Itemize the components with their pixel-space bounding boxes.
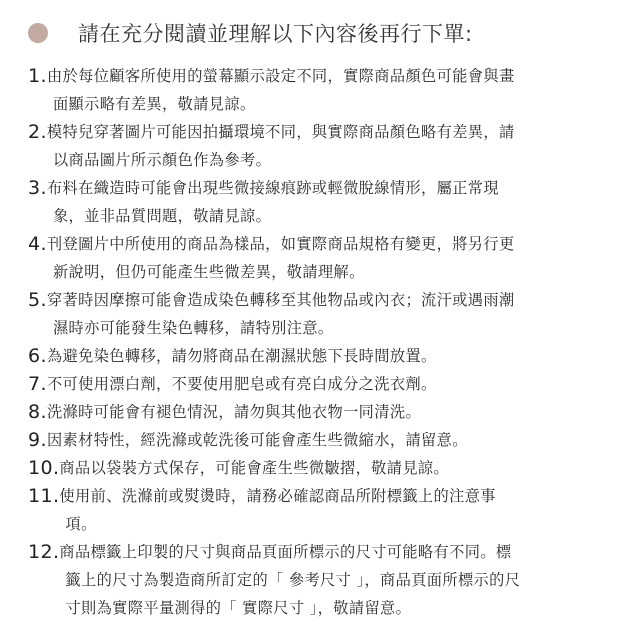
item-text-line: 穿著時因摩擦可能會造成染色轉移至其他物品或內衣；流汗或遇雨潮	[47, 286, 618, 314]
item-number: 12.	[28, 538, 59, 622]
notice-item: 9.因素材特性，經洗滌或乾洗後可能會產生些微縮水，請留意。	[28, 426, 618, 454]
item-text-line: 使用前、洗滌前或熨燙時，請務必確認商品所附標籤上的注意事	[59, 482, 618, 510]
item-text: 因素材特性，經洗滌或乾洗後可能會產生些微縮水，請留意。	[47, 426, 618, 454]
item-text: 商品標籤上印製的尺寸與商品頁面所標示的尺寸可能略有不同。標籤上的尺寸為製造商所訂…	[59, 538, 618, 622]
item-number: 1.	[28, 62, 47, 118]
item-text-line: 布料在織造時可能會出現些微接線痕跡或輕微脫線情形，屬正常現	[47, 174, 618, 202]
notice-item: 6.為避免染色轉移，請勿將商品在潮濕狀態下長時間放置。	[28, 342, 618, 370]
item-text-line: 項。	[59, 510, 618, 538]
item-text: 由於每位顧客所使用的螢幕顯示設定不同，實際商品顏色可能會與畫面顯示略有差異，敬請…	[47, 62, 618, 118]
item-number: 5.	[28, 286, 47, 342]
item-text-line: 商品以袋裝方式保存，可能會產生些微皺摺，敬請見諒。	[59, 454, 618, 482]
item-text-line: 面顯示略有差異，敬請見諒。	[47, 90, 618, 118]
item-number: 9.	[28, 426, 47, 454]
item-number: 4.	[28, 230, 47, 286]
item-text-line: 寸則為實際平量測得的「 實際尺寸 」，敬請留意。	[59, 594, 618, 622]
item-text-line: 洗滌時可能會有褪色情況，請勿與其他衣物一同清洗。	[47, 398, 618, 426]
item-number: 3.	[28, 174, 47, 230]
item-text-line: 象，並非品質問題，敬請見諒。	[47, 202, 618, 230]
notice-item: 3.布料在織造時可能會出現些微接線痕跡或輕微脫線情形，屬正常現象，並非品質問題，…	[28, 174, 618, 230]
notice-item: 7.不可使用漂白劑，不要使用肥皂或有亮白成分之洗衣劑。	[28, 370, 618, 398]
item-text: 洗滌時可能會有褪色情況，請勿與其他衣物一同清洗。	[47, 398, 618, 426]
notice-item: 12.商品標籤上印製的尺寸與商品頁面所標示的尺寸可能略有不同。標籤上的尺寸為製造…	[28, 538, 618, 622]
notice-item: 11.使用前、洗滌前或熨燙時，請務必確認商品所附標籤上的注意事項。	[28, 482, 618, 538]
item-text: 商品以袋裝方式保存，可能會產生些微皺摺，敬請見諒。	[59, 454, 618, 482]
item-text: 使用前、洗滌前或熨燙時，請務必確認商品所附標籤上的注意事項。	[59, 482, 618, 538]
item-text: 為避免染色轉移，請勿將商品在潮濕狀態下長時間放置。	[47, 342, 618, 370]
notice-item: 1.由於每位顧客所使用的螢幕顯示設定不同，實際商品顏色可能會與畫面顯示略有差異，…	[28, 62, 618, 118]
item-number: 11.	[28, 482, 59, 538]
item-text-line: 為避免染色轉移，請勿將商品在潮濕狀態下長時間放置。	[47, 342, 618, 370]
notice-list: 1.由於每位顧客所使用的螢幕顯示設定不同，實際商品顏色可能會與畫面顯示略有差異，…	[28, 62, 618, 622]
item-number: 6.	[28, 342, 47, 370]
item-text: 布料在織造時可能會出現些微接線痕跡或輕微脫線情形，屬正常現象，並非品質問題，敬請…	[47, 174, 618, 230]
notice-item: 8.洗滌時可能會有褪色情況，請勿與其他衣物一同清洗。	[28, 398, 618, 426]
item-text-line: 刊登圖片中所使用的商品為樣品，如實際商品規格有變更，將另行更	[47, 230, 618, 258]
notice-item: 4.刊登圖片中所使用的商品為樣品，如實際商品規格有變更，將另行更新說明，但仍可能…	[28, 230, 618, 286]
item-text-line: 不可使用漂白劑，不要使用肥皂或有亮白成分之洗衣劑。	[47, 370, 618, 398]
notice-item: 2.模特兒穿著圖片可能因拍攝環境不同，與實際商品顏色略有差異，請以商品圖片所示顏…	[28, 118, 618, 174]
item-number: 2.	[28, 118, 47, 174]
item-number: 10.	[28, 454, 59, 482]
item-text-line: 新說明，但仍可能產生些微差異，敬請理解。	[47, 258, 618, 286]
item-text-line: 籤上的尺寸為製造商所訂定的「 參考尺寸 」，商品頁面所標示的尺	[59, 566, 618, 594]
item-text: 刊登圖片中所使用的商品為樣品，如實際商品規格有變更，將另行更新說明，但仍可能產生…	[47, 230, 618, 286]
item-text: 模特兒穿著圖片可能因拍攝環境不同，與實際商品顏色略有差異，請以商品圖片所示顏色作…	[47, 118, 618, 174]
item-text-line: 濕時亦可能發生染色轉移，請特別注意。	[47, 314, 618, 342]
item-number: 8.	[28, 398, 47, 426]
item-text-line: 以商品圖片所示顏色作為參考。	[47, 146, 618, 174]
item-text-line: 因素材特性，經洗滌或乾洗後可能會產生些微縮水，請留意。	[47, 426, 618, 454]
notice-item: 5.穿著時因摩擦可能會造成染色轉移至其他物品或內衣；流汗或遇雨潮濕時亦可能發生染…	[28, 286, 618, 342]
notice-title: 請在充分閱讀並理解以下內容後再行下單:	[78, 18, 473, 48]
notice-item: 10.商品以袋裝方式保存，可能會產生些微皺摺，敬請見諒。	[28, 454, 618, 482]
notice-header: 請在充分閱讀並理解以下內容後再行下單:	[28, 18, 473, 48]
item-text-line: 商品標籤上印製的尺寸與商品頁面所標示的尺寸可能略有不同。標	[59, 538, 618, 566]
item-text: 不可使用漂白劑，不要使用肥皂或有亮白成分之洗衣劑。	[47, 370, 618, 398]
item-text: 穿著時因摩擦可能會造成染色轉移至其他物品或內衣；流汗或遇雨潮濕時亦可能發生染色轉…	[47, 286, 618, 342]
item-text-line: 由於每位顧客所使用的螢幕顯示設定不同，實際商品顏色可能會與畫	[47, 62, 618, 90]
bullet-dot-icon	[28, 23, 48, 43]
item-number: 7.	[28, 370, 47, 398]
item-text-line: 模特兒穿著圖片可能因拍攝環境不同，與實際商品顏色略有差異，請	[47, 118, 618, 146]
